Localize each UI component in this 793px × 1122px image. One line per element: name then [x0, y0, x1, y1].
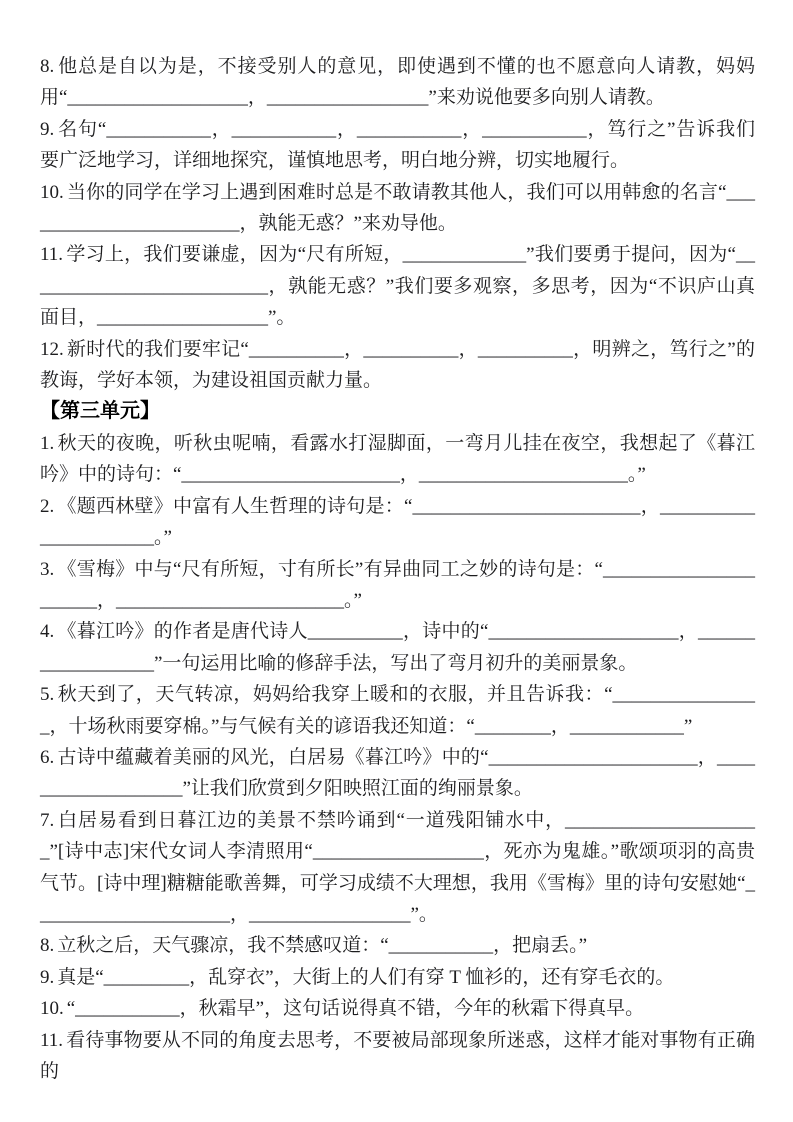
question-number: 6.	[40, 747, 54, 768]
question-number: 5.	[40, 684, 54, 705]
question-number: 8.	[40, 935, 54, 956]
question-text: 他总是自以为是，不接受别人的意见，即使遇到不懂的也不愿意向人请教，妈妈用“___…	[40, 56, 755, 108]
question-number: 7.	[40, 810, 54, 831]
question-number: 11.	[40, 1030, 63, 1051]
question-number: 8.	[40, 56, 54, 77]
question-item: 11.看待事物要从不同的角度去思考，不要被局部现象所迷惑，这样才能对事物有正确的	[40, 1025, 755, 1088]
question-text: 《暮江吟》的作者是唐代诗人__________，诗中的“____________…	[40, 621, 755, 673]
question-number: 12.	[40, 339, 64, 360]
unit3-question-list: 1.秋天的夜晚，听秋虫呢喃，看露水打湿脚面，一弯月儿挂在夜空，我想起了《暮江吟》…	[40, 428, 755, 1088]
question-number: 11.	[40, 244, 63, 265]
question-number: 4.	[40, 621, 54, 642]
worksheet-page: 8.他总是自以为是，不接受别人的意见，即使遇到不懂的也不愿意向人请教，妈妈用“_…	[0, 0, 793, 1122]
question-item: 7.白居易看到日暮江边的美景不禁吟诵到“一道残阳铺水中，____________…	[40, 805, 755, 931]
question-item: 10.当你的同学在学习上遇到困难时总是不敢请教其他人，我们可以用韩愈的名言“__…	[40, 177, 755, 240]
question-number: 10.	[40, 182, 64, 203]
question-item: 11.学习上，我们要谦虚，因为“尺有所短，_____________”我们要勇于…	[40, 239, 755, 333]
question-number: 1.	[40, 433, 54, 454]
question-text: 新时代的我们要牢记“__________，__________，________…	[40, 339, 755, 391]
question-text: 学习上，我们要谦虚，因为“尺有所短，_____________”我们要勇于提问，…	[40, 244, 755, 328]
question-item: 2.《题西林壁》中富有人生哲理的诗句是：“___________________…	[40, 491, 755, 554]
question-item: 5.秋天到了，天气转凉，妈妈给我穿上暖和的衣服，并且告诉我：“_________…	[40, 679, 755, 742]
question-text: 《雪梅》中与“尺有所短，寸有所长”有异曲同工之妙的诗句是：“__________…	[40, 559, 755, 611]
question-item: 8.立秋之后，天气骤凉，我不禁感叹道：“___________，把扇丢。”	[40, 930, 755, 961]
question-text: “___________，秋霜早”，这句话说得真不错，今年的秋霜下得真早。	[67, 998, 644, 1019]
question-item: 4.《暮江吟》的作者是唐代诗人__________，诗中的“__________…	[40, 616, 755, 679]
question-text: 秋天到了，天气转凉，妈妈给我穿上暖和的衣服，并且告诉我：“___________…	[40, 684, 755, 736]
question-number: 9.	[40, 119, 54, 140]
question-text: 名句“___________，___________，___________，_…	[40, 119, 755, 171]
question-item: 10.“___________，秋霜早”，这句话说得真不错，今年的秋霜下得真早。	[40, 993, 755, 1024]
question-item: 12.新时代的我们要牢记“__________，__________，_____…	[40, 334, 755, 397]
question-text: 古诗中蕴藏着美丽的风光，白居易《暮江吟》中的“_________________…	[40, 747, 755, 799]
question-item: 9.名句“___________，___________，___________…	[40, 114, 755, 177]
question-text: 看待事物要从不同的角度去思考，不要被局部现象所迷惑，这样才能对事物有正确的	[40, 1030, 755, 1082]
question-text: 立秋之后，天气骤凉，我不禁感叹道：“___________，把扇丢。”	[57, 935, 587, 956]
question-number: 9.	[40, 967, 54, 988]
unit3-section-header: 【第三单元】	[40, 396, 755, 427]
question-text: 当你的同学在学习上遇到困难时总是不敢请教其他人，我们可以用韩愈的名言“_____…	[40, 182, 755, 234]
question-number: 10.	[40, 998, 64, 1019]
question-item: 3.《雪梅》中与“尺有所短，寸有所长”有异曲同工之妙的诗句是：“________…	[40, 554, 755, 617]
unit2-question-list: 8.他总是自以为是，不接受别人的意见，即使遇到不懂的也不愿意向人请教，妈妈用“_…	[40, 51, 755, 396]
question-number: 2.	[40, 496, 54, 517]
question-text: 秋天的夜晚，听秋虫呢喃，看露水打湿脚面，一弯月儿挂在夜空，我想起了《暮江吟》中的…	[40, 433, 755, 485]
question-item: 1.秋天的夜晚，听秋虫呢喃，看露水打湿脚面，一弯月儿挂在夜空，我想起了《暮江吟》…	[40, 428, 755, 491]
question-text: 《题西林壁》中富有人生哲理的诗句是：“_____________________…	[40, 496, 755, 548]
question-text: 白居易看到日暮江边的美景不禁吟诵到“一道残阳铺水中，______________…	[40, 810, 755, 925]
question-number: 3.	[40, 559, 54, 580]
question-text: 真是“_________，乱穿衣”，大街上的人们有穿 T 恤衫的，还有穿毛衣的。	[57, 967, 674, 988]
question-item: 8.他总是自以为是，不接受别人的意见，即使遇到不懂的也不愿意向人请教，妈妈用“_…	[40, 51, 755, 114]
question-item: 6.古诗中蕴藏着美丽的风光，白居易《暮江吟》中的“_______________…	[40, 742, 755, 805]
question-item: 9.真是“_________，乱穿衣”，大街上的人们有穿 T 恤衫的，还有穿毛衣…	[40, 962, 755, 993]
